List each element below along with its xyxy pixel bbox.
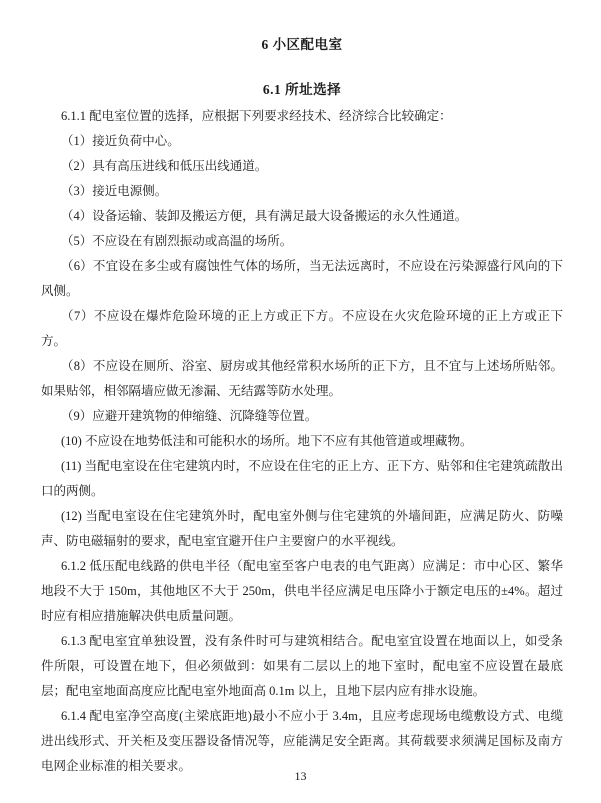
- document-page: 6 小区配电室 6.1 所址选择 6.1.1 配电室位置的选择，应根据下列要求经…: [0, 0, 601, 803]
- paragraph: (11) 当配电室设在住宅建筑内时，不应设在住宅的正上方、正下方、贴邻和住宅建筑…: [41, 454, 563, 504]
- body-text: 6.1.1 配电室位置的选择，应根据下列要求经技术、经济综合比较确定： （1）接…: [41, 104, 563, 779]
- paragraph: （4）设备运输、装卸及搬运方便，具有满足最大设备搬运的永久性通道。: [41, 204, 563, 229]
- paragraph: （2）具有高压进线和低压出线通道。: [41, 154, 563, 179]
- paragraph: (12) 当配电室设在住宅建筑外时，配电室外侧与住宅建筑的外墙间距，应满足防火、…: [41, 504, 563, 554]
- chapter-title: 6 小区配电室: [41, 36, 563, 53]
- paragraph: （5）不应设在有剧烈振动或高温的场所。: [41, 229, 563, 254]
- document-content: 6 小区配电室 6.1 所址选择 6.1.1 配电室位置的选择，应根据下列要求经…: [0, 0, 601, 779]
- paragraph: （9）应避开建筑物的伸缩缝、沉降缝等位置。: [41, 404, 563, 429]
- paragraph: （8）不应设在厕所、浴室、厨房或其他经常积水场所的正下方，且不宜与上述场所贴邻。…: [41, 354, 563, 404]
- paragraph: （6）不宜设在多尘或有腐蚀性气体的场所，当无法远离时，不应设在污染源盛行风向的下…: [41, 254, 563, 304]
- paragraph: 6.1.4 配电室净空高度(主梁底距地)最小不应小于 3.4m，且应考虑现场电缆…: [41, 704, 563, 779]
- paragraph: （7）不应设在爆炸危险环境的正上方或正下方。不应设在火灾危险环境的正上方或正下方…: [41, 304, 563, 354]
- paragraph: （3）接近电源侧。: [41, 179, 563, 204]
- paragraph: (10) 不应设在地势低洼和可能积水的场所。地下不应有其他管道或埋藏物。: [41, 429, 563, 454]
- paragraph: 6.1.1 配电室位置的选择，应根据下列要求经技术、经济综合比较确定：: [41, 104, 563, 129]
- page-number: 13: [0, 769, 601, 783]
- paragraph: （1）接近负荷中心。: [41, 129, 563, 154]
- paragraph: 6.1.2 低压配电线路的供电半径（配电室至客户电表的电气距离）应满足：市中心区…: [41, 554, 563, 629]
- section-title: 6.1 所址选择: [41, 81, 563, 98]
- paragraph: 6.1.3 配电室宜单独设置，没有条件时可与建筑相结合。配电室宜设置在地面以上，…: [41, 629, 563, 704]
